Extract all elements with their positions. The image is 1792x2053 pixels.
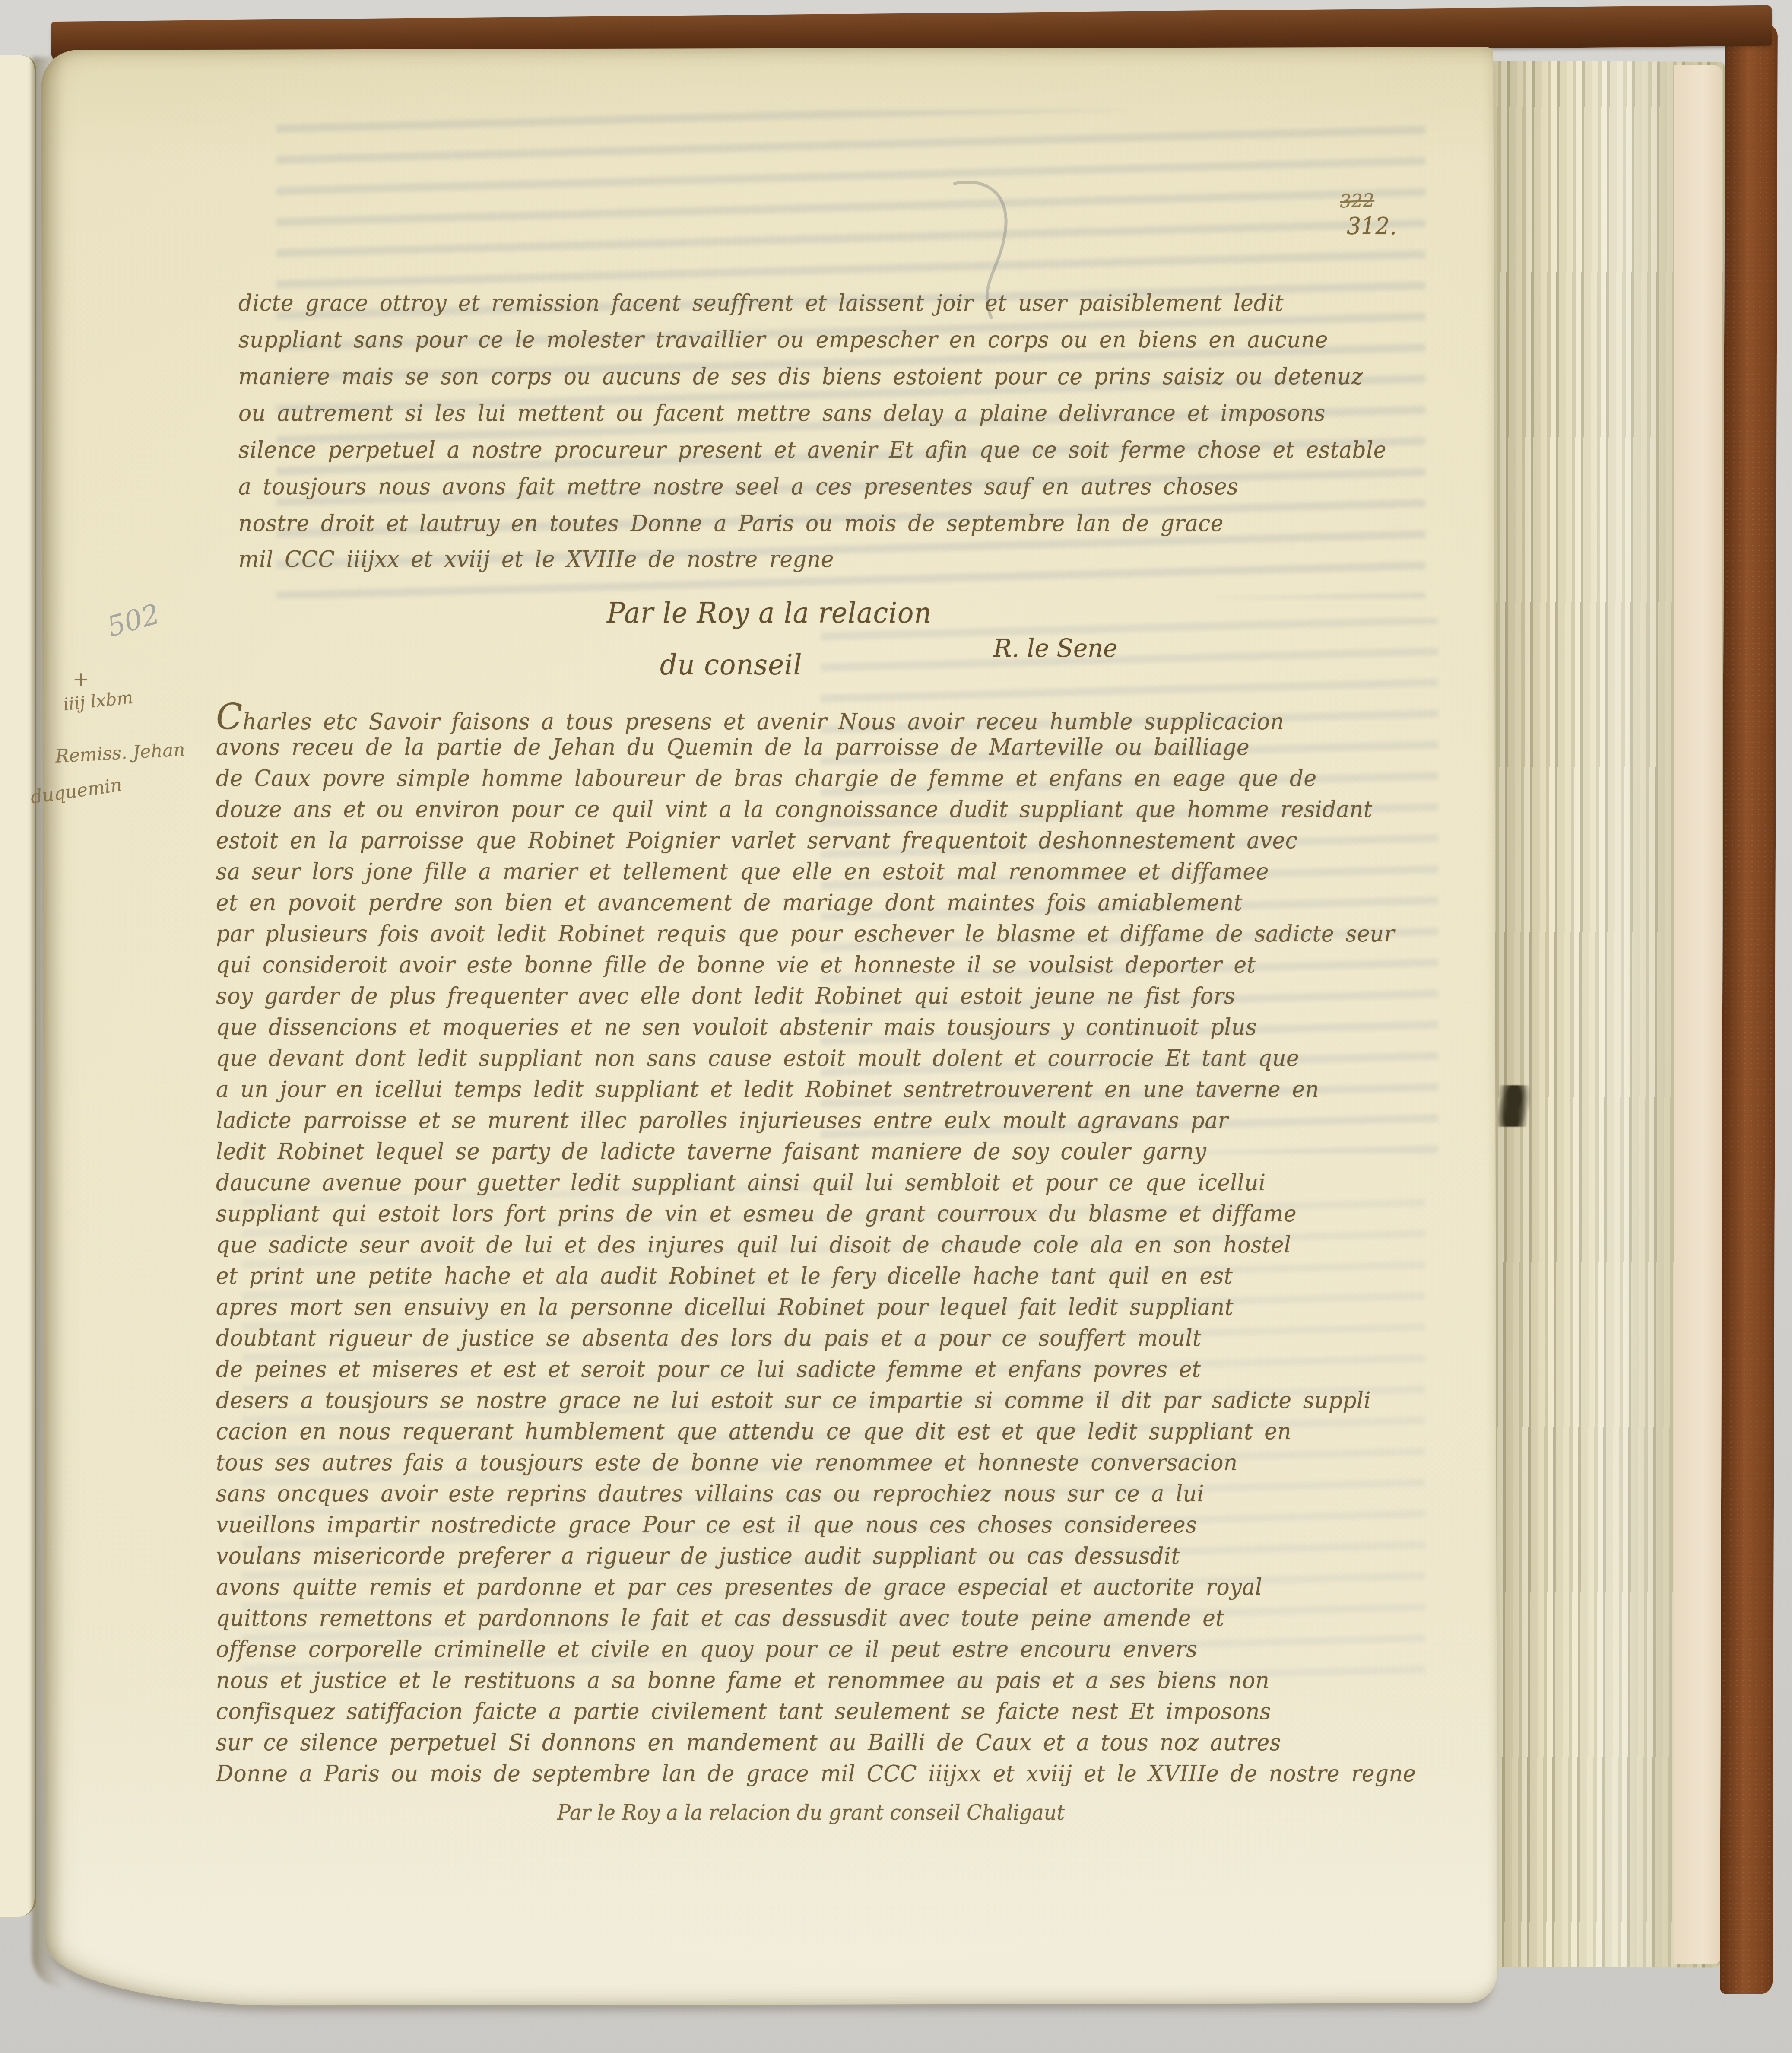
- manuscript-line: suppliant sans pour ce le molester trava…: [238, 327, 1328, 353]
- manuscript-line: sans oncques avoir este reprins dautres …: [216, 1481, 1204, 1506]
- manuscript-line: estoit en la parroisse que Robinet Poign…: [216, 827, 1297, 853]
- manuscript-line: par plusieurs fois avoit ledit Robinet r…: [216, 921, 1395, 947]
- manuscript-line: que sadicte seur avoit de lui et des inj…: [216, 1232, 1291, 1258]
- manuscript-line: Charles etc Savoir faisons a tous presen…: [216, 703, 1284, 735]
- manuscript-line: ledit Robinet lequel se party de ladicte…: [216, 1138, 1206, 1164]
- manuscript-line: ou autrement si les lui mettent ou facen…: [238, 400, 1326, 426]
- manuscript-line: nostre droit et lautruy en toutes Donne …: [238, 510, 1224, 536]
- manuscript-line: apres mort sen ensuivy en la personne di…: [216, 1294, 1234, 1320]
- manuscript-line: et print une petite hache et ala audit R…: [216, 1263, 1233, 1289]
- manuscript-line: daucune avenue pour guetter ledit suppli…: [216, 1170, 1266, 1195]
- manuscript-line: desers a tousjours se nostre grace ne lu…: [216, 1387, 1371, 1413]
- manuscript-line: cacion en nous requerant humblement que …: [216, 1418, 1291, 1444]
- gutter-shadow: [32, 57, 64, 1988]
- manuscript-line: sur ce silence perpetuel Si donnons en m…: [216, 1729, 1281, 1755]
- manuscript-line: quittons remettons et pardonnons le fait…: [216, 1605, 1224, 1631]
- manuscript-line: offense corporelle criminelle et civile …: [216, 1636, 1197, 1662]
- manuscript-line: silence perpetuel a nostre procureur pre…: [238, 437, 1386, 463]
- manuscript-line: douze ans et ou environ pour ce quil vin…: [216, 796, 1373, 822]
- closing-docket-line: Par le Roy a la relacion du grant consei…: [557, 1800, 1065, 1824]
- flyleaf-edge: [1674, 65, 1722, 1964]
- manuscript-line: vueillons impartir nostredicte grace Pou…: [216, 1512, 1197, 1538]
- photo-of-manuscript-book: 322 312. 502 + iiij lxbm Remiss. Jehan d…: [0, 0, 1792, 2053]
- manuscript-line: soy garder de plus frequenter avec elle …: [216, 983, 1235, 1009]
- manuscript-line: qui consideroit avoir este bonne fille d…: [216, 952, 1256, 978]
- leather-cover-right-edge: [1720, 24, 1778, 1994]
- manuscript-line: voulans misericorde preferer a rigueur d…: [216, 1543, 1180, 1569]
- manuscript-line: avons receu de la partie de Jehan du Que…: [216, 734, 1250, 760]
- margin-cross-mark: +: [73, 667, 89, 691]
- manuscript-line: a tousjours nous avons fait mettre nostr…: [238, 474, 1238, 499]
- manuscript-line: a un jour en icellui temps ledit supplia…: [216, 1076, 1319, 1102]
- previous-page-edge: [0, 55, 36, 1917]
- manuscript-line: dicte grace ottroy et remission facent s…: [238, 290, 1284, 316]
- manuscript-line: avons quitte remis et pardonne et par ce…: [216, 1574, 1262, 1600]
- manuscript-line: tous ses autres fais a tousjours este de…: [216, 1449, 1237, 1475]
- manuscript-line: ladicte parroisse et se murent illec par…: [216, 1107, 1228, 1133]
- manuscript-line: mil CCC iiijxx et xviij et le XVIIIe de …: [238, 546, 834, 572]
- ink-bleedthrough: [821, 618, 1438, 1154]
- manuscript-line: doubtant rigueur de justice se absenta d…: [216, 1325, 1202, 1351]
- docket-heading-line1: Par le Roy a la relacion: [607, 597, 932, 629]
- manuscript-line: que devant dont ledit suppliant non sans…: [216, 1045, 1299, 1071]
- manuscript-line: sa seur lors jone fille a marier et tell…: [216, 858, 1269, 884]
- manuscript-line: suppliant qui estoit lors fort prins de …: [216, 1201, 1297, 1227]
- ink-smudge: [1498, 1085, 1531, 1127]
- manuscript-line: que dissencions et moqueries et ne sen v…: [216, 1014, 1257, 1040]
- manuscript-line: de Caux povre simple homme laboureur de …: [216, 765, 1317, 791]
- folio-number-struck: 322: [1339, 190, 1375, 212]
- docket-heading-line2: du conseil: [660, 648, 802, 681]
- manuscript-line: confisquez satiffacion faicte a partie c…: [216, 1698, 1271, 1724]
- manuscript-line: de peines et miseres et est et seroit po…: [216, 1356, 1201, 1382]
- folio-number: 312.: [1347, 213, 1397, 240]
- clerk-signature: R. le Sene: [993, 634, 1117, 663]
- manuscript-line: nous et justice et le restituons a sa bo…: [216, 1667, 1269, 1693]
- manuscript-line: Donne a Paris ou mois de septembre lan d…: [216, 1761, 1416, 1786]
- manuscript-line: maniere mais se son corps ou aucuns de s…: [238, 363, 1363, 389]
- manuscript-line: et en povoit perdre son bien et avanceme…: [216, 890, 1243, 915]
